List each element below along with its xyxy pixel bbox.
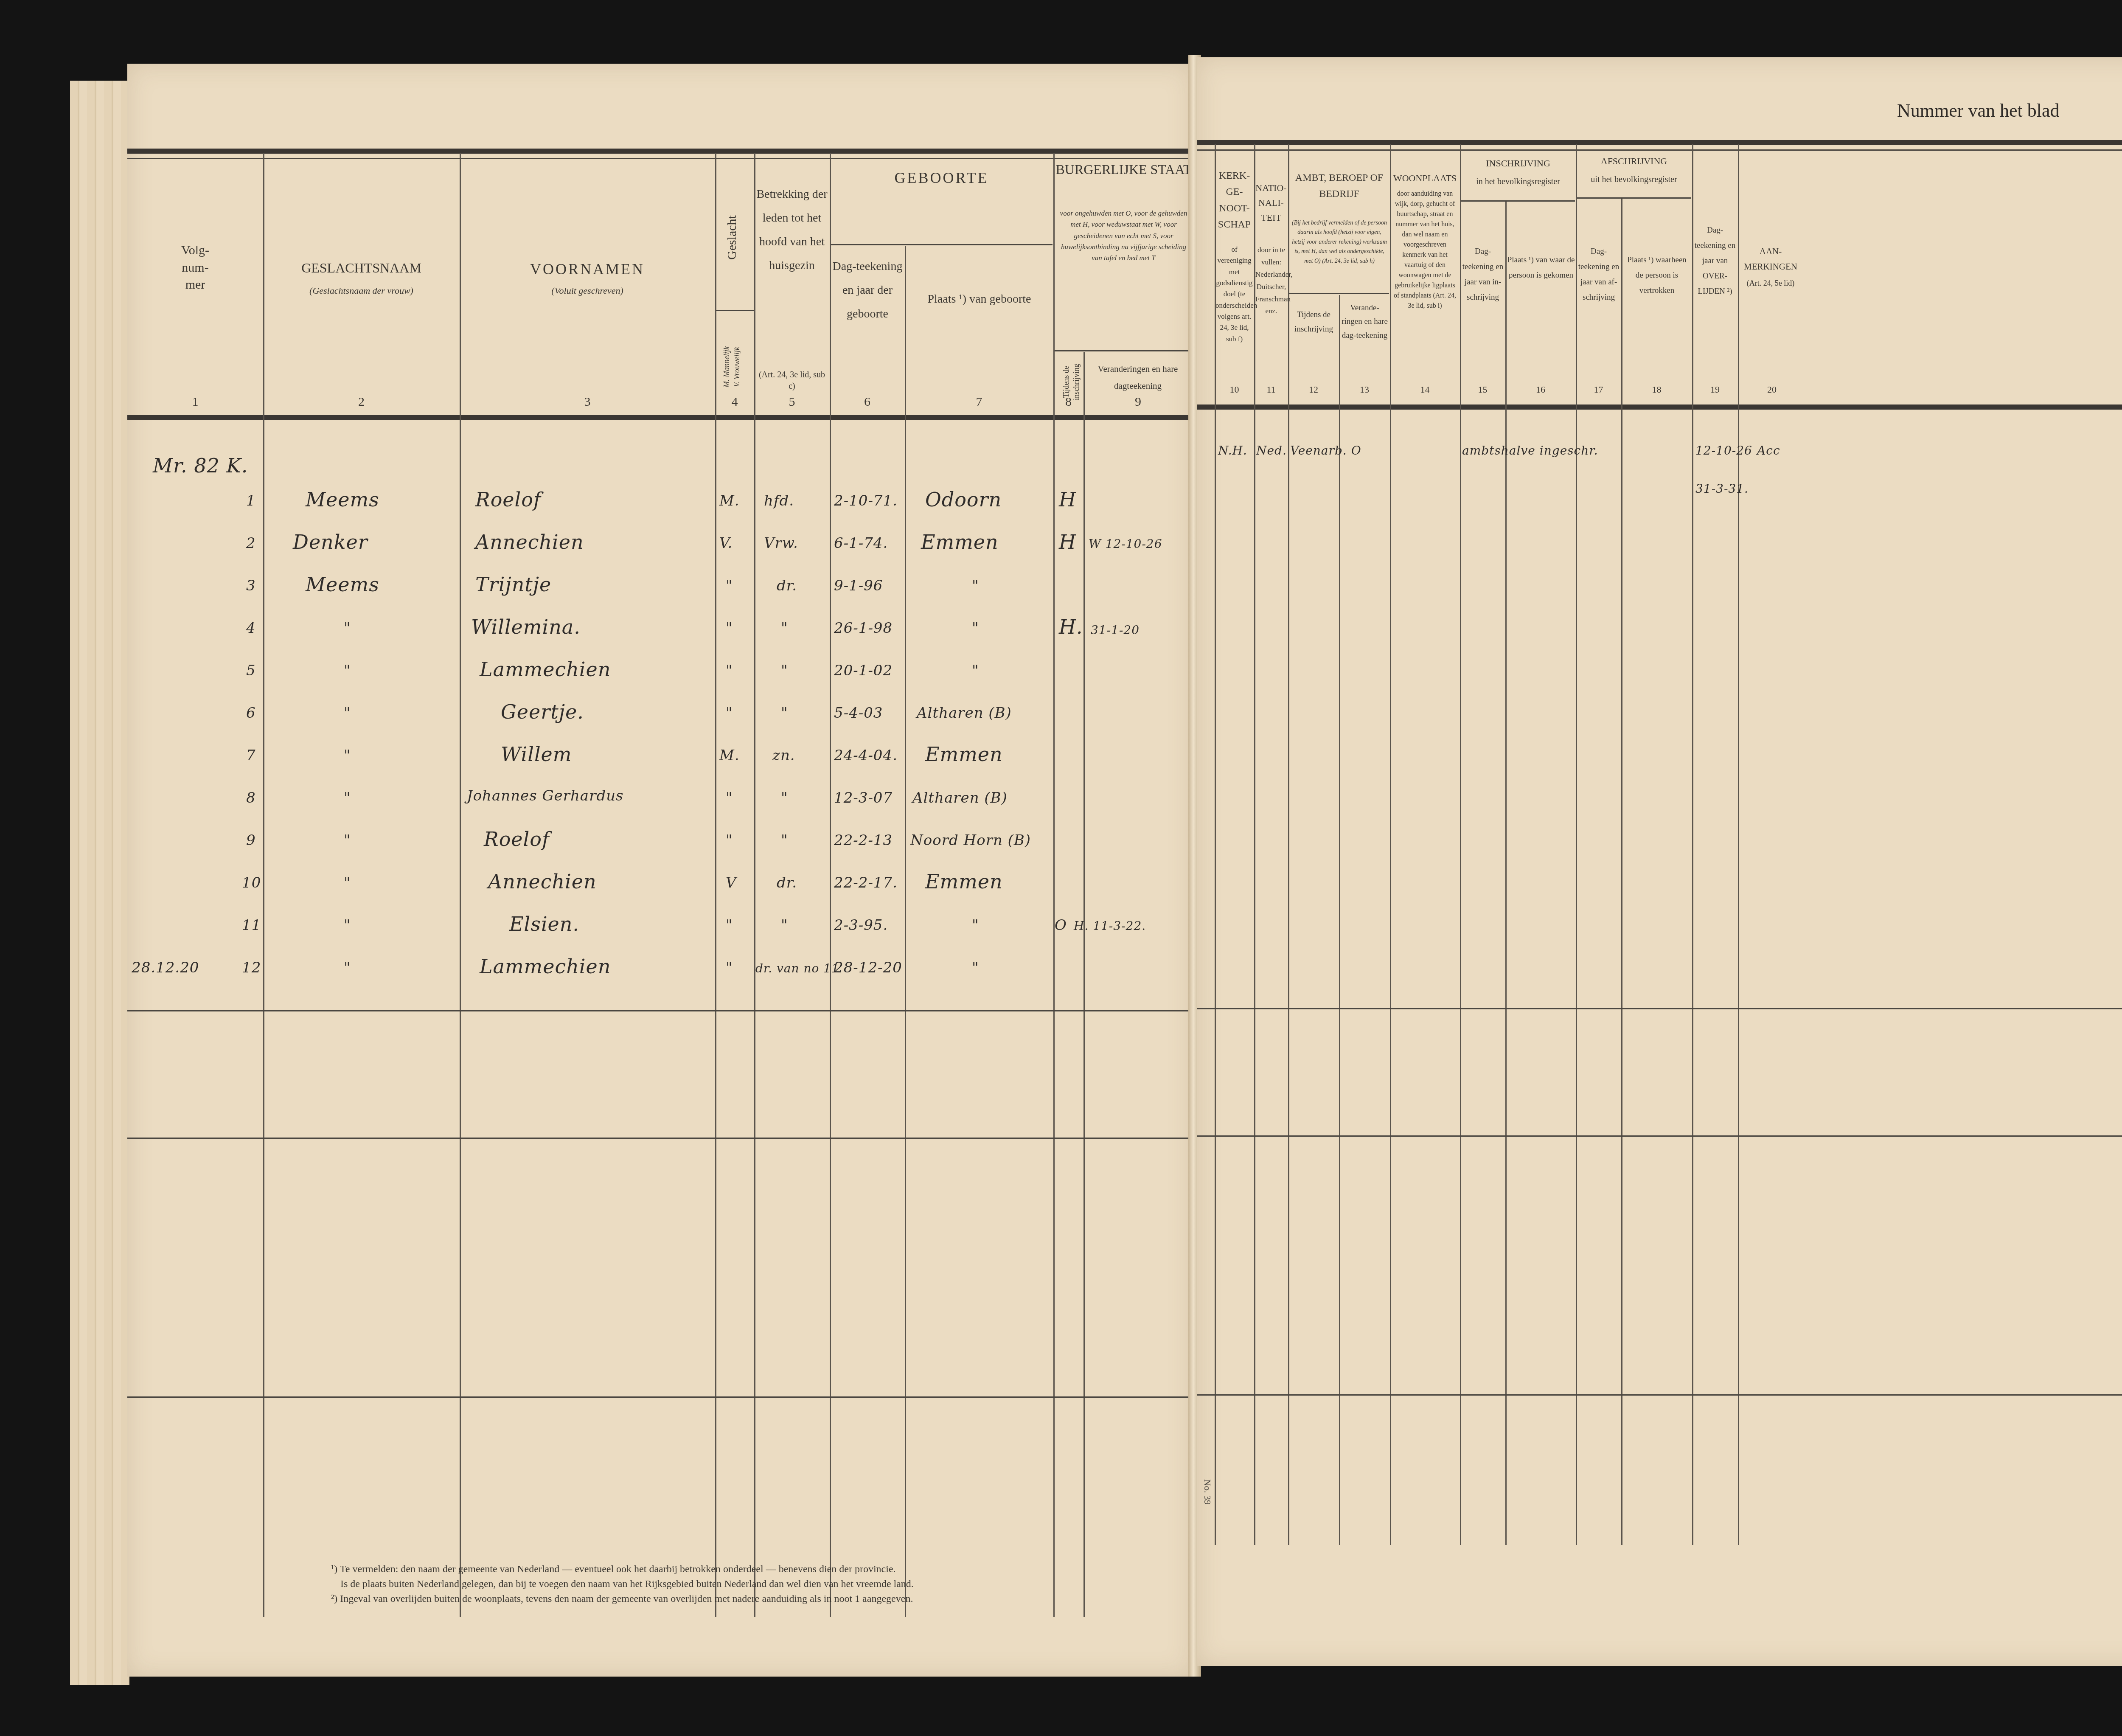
birth-date: 5-4-03	[834, 705, 883, 722]
birth-place: "	[972, 917, 979, 934]
church: N.H.	[1218, 444, 1247, 458]
header-ambt-veranderingen: Verande-ringen en hare dag-teekening	[1340, 301, 1389, 343]
header-ambt-tijdens: Tijdens de inschrijving	[1289, 308, 1338, 337]
col-rule	[1460, 144, 1461, 1545]
header-nationaliteit-sub: door in te vullen: Nederlander, Duitsche…	[1255, 244, 1287, 317]
header-top-rule-thin	[127, 158, 1193, 159]
household-separator	[127, 1396, 1193, 1398]
surname: Meems	[306, 488, 379, 511]
sex: "	[726, 832, 733, 849]
surname: "	[344, 917, 351, 934]
birth-place: Noord Horn (B)	[910, 832, 1031, 849]
surname: "	[344, 620, 351, 637]
col-num: 17	[1576, 384, 1621, 395]
birth-place: "	[972, 577, 979, 594]
household-marker: Mr. 82 K.	[153, 454, 248, 477]
header-geslachtsnaam: GESLACHTSNAAM	[263, 259, 460, 277]
civil-status: H	[1059, 488, 1076, 511]
col-rule	[1576, 144, 1577, 1545]
col-rule	[1215, 144, 1216, 1545]
header-top-rule	[1197, 140, 2122, 145]
given-names: Annechien	[488, 870, 597, 893]
row-number: 1	[246, 492, 256, 509]
relation: dr. van no 11	[755, 961, 839, 975]
relation: dr.	[777, 874, 797, 891]
birth-place: Altharen (B)	[917, 705, 1012, 722]
relation: "	[781, 832, 788, 849]
relation: zn.	[772, 747, 795, 764]
household-separator	[1197, 1394, 2122, 1396]
footnotes: ¹) Te vermelden: den naam der gemeente v…	[331, 1562, 1159, 1606]
header-afsch-datum: Dag-teekening en jaar van af-schrijving	[1577, 244, 1621, 305]
birth-date: 28-12-20	[834, 959, 902, 976]
burg-divider	[1055, 350, 1193, 351]
footnote-1: ¹) Te vermelden: den naam der gemeente v…	[331, 1562, 1159, 1577]
birth-place: "	[972, 620, 979, 637]
relation: Vrw.	[764, 535, 798, 552]
birth-place: "	[972, 662, 979, 679]
col-num: 15	[1460, 384, 1505, 395]
header-burgerlijke-staat-sub: voor ongehuwden met O, voor de gehuwden …	[1057, 208, 1190, 264]
row-number: 8	[246, 789, 256, 806]
surname: "	[344, 747, 351, 764]
col-num: 12	[1288, 384, 1339, 395]
sex: V.	[719, 535, 733, 552]
header-ambt-sub: (Bij het bedrijf vermelden of de persoon…	[1291, 219, 1388, 266]
relation: "	[781, 620, 788, 637]
row-number: 10	[242, 874, 261, 891]
header-geboorte: GEBOORTE	[830, 168, 1053, 188]
header-burgerlijke-staat: BURGERLIJKE STAAT	[1055, 161, 1193, 177]
right-page: Nummer van het blad KERK-GE-NOOT-SCHAP o…	[1197, 57, 2122, 1666]
header-bottom-rule	[127, 415, 1193, 420]
header-afschrijving: AFSCHRIJVING	[1577, 155, 1691, 168]
given-names: Johannes Gerhardus	[467, 787, 624, 804]
header-afschrijving-sub: uit het bevolkingsregister	[1577, 174, 1691, 185]
col-num: 4	[715, 395, 754, 409]
row-marker-date: 28.12.20	[132, 959, 199, 976]
sex: "	[726, 917, 733, 934]
col-num: 13	[1339, 384, 1390, 395]
birth-date: 22-2-13	[834, 832, 893, 849]
col-num: 5	[754, 395, 830, 409]
col-rule	[905, 246, 906, 1617]
col-num: 1	[127, 395, 263, 409]
birth-place: Emmen	[925, 870, 1003, 893]
registration-date: ambtshalve ingeschr.	[1462, 444, 1598, 458]
given-names: Annechien	[475, 531, 584, 553]
given-names: Elsien.	[509, 913, 579, 935]
geslacht-divider	[716, 310, 754, 311]
sheet-number-label: Nummer van het blad	[1897, 100, 2059, 121]
col-num: 3	[460, 395, 715, 409]
header-aanmerkingen-sub: (Art. 24, 5e lid)	[1739, 278, 1802, 288]
header-insch-datum: Dag-teekening en jaar van in-schrijving	[1461, 244, 1505, 305]
surname: "	[344, 832, 351, 849]
footnote-2: ²) Ingeval van overlijden buiten de woon…	[331, 1592, 1159, 1607]
surname: "	[344, 959, 351, 976]
sex: "	[726, 577, 733, 594]
header-overlijden: Dag-teekening en jaar van OVER-LIJDEN ²)	[1693, 223, 1737, 299]
given-names: Lammechien	[480, 658, 611, 681]
birth-place: Altharen (B)	[912, 789, 1008, 806]
occupation: Veenarb. O	[1290, 444, 1361, 458]
col-rule	[1083, 352, 1085, 1617]
col-num: 6	[830, 395, 905, 409]
insch-divider	[1461, 200, 1575, 202]
col-rule	[1621, 197, 1622, 1545]
header-ambt: AMBT, BEROEP OF BEDRIJF	[1289, 170, 1389, 202]
birth-date: 26-1-98	[834, 620, 893, 637]
col-rule	[1505, 202, 1507, 1545]
nationality: Ned.	[1256, 444, 1287, 458]
header-volgnummer: Volg- num- mer	[127, 242, 263, 294]
col-rule	[1339, 295, 1340, 1545]
birth-date: 22-2-17.	[834, 874, 898, 891]
header-top-rule-thin	[1197, 149, 2122, 151]
header-insch-plaats: Plaats ¹) van waar de persoon is gekomen	[1507, 253, 1575, 283]
civil-status: O	[1055, 917, 1067, 934]
birth-place: Emmen	[921, 531, 999, 553]
birth-place: "	[972, 959, 979, 976]
col-rule	[1288, 144, 1289, 1545]
header-top-rule	[127, 149, 1193, 154]
header-geboorte-plaats: Plaats ¹) van geboorte	[906, 289, 1053, 310]
row-number: 6	[246, 705, 256, 722]
row-number: 2	[246, 535, 256, 552]
header-nationaliteit: NATIO-NALI-TEIT	[1255, 180, 1287, 225]
header-woonplaats-sub: door aanduiding van wijk, dorp, gehucht …	[1392, 189, 1458, 311]
sex: M.	[719, 747, 740, 764]
row-number: 12	[242, 959, 261, 976]
birth-date: 20-1-02	[834, 662, 893, 679]
relation: "	[781, 705, 788, 722]
civil-status-change: W 12-10-26	[1089, 537, 1162, 551]
household-separator	[1197, 1008, 2122, 1009]
col-num: 11	[1254, 384, 1288, 395]
header-woonplaats: WOONPLAATS	[1391, 172, 1459, 185]
birth-date: 2-10-71.	[834, 492, 898, 509]
relation: hfd.	[764, 492, 794, 509]
birth-date: 6-1-74.	[834, 535, 888, 552]
civil-status-change: 31-1-20	[1091, 623, 1140, 637]
col-num: 10	[1215, 384, 1254, 395]
surname: Denker	[293, 531, 368, 553]
birth-date: 12-3-07	[834, 789, 893, 806]
header-afsch-plaats: Plaats ¹) waarheen de persoon is vertrok…	[1622, 253, 1691, 298]
col-rule	[1738, 144, 1739, 1545]
col-num: 2	[263, 395, 460, 409]
left-page: Volg- num- mer GESLACHTSNAAM (Geslachtsn…	[127, 64, 1193, 1677]
sex: M.	[719, 492, 740, 509]
surname: "	[344, 789, 351, 806]
given-names: Willem	[501, 743, 572, 766]
header-aanmerkingen: AAN-MERKINGEN	[1739, 244, 1802, 274]
sex: "	[726, 620, 733, 637]
remark: Acc	[1757, 444, 1780, 458]
col-num: 16	[1505, 384, 1576, 395]
household-separator	[1197, 1135, 2122, 1137]
header-inschrijving-sub: in het bevolkingsregister	[1461, 176, 1575, 188]
col-rule	[1692, 144, 1693, 1545]
sex: V	[726, 874, 737, 891]
sex: "	[726, 662, 733, 679]
header-betrekking: Betrekking der leden tot het hoofd van h…	[755, 183, 828, 278]
death-date: 12-10-26	[1695, 444, 1752, 458]
geboorte-divider	[831, 244, 1053, 245]
afsch-divider	[1577, 197, 1691, 199]
header-bs-veranderingen: Veranderingen en hare dagteekening	[1085, 361, 1191, 395]
civil-status: H	[1059, 531, 1076, 553]
birth-date: 9-1-96	[834, 577, 883, 594]
row-number: 5	[246, 662, 256, 679]
surname: "	[344, 662, 351, 679]
household-separator	[127, 1010, 1193, 1011]
col-num: 9	[1083, 395, 1193, 409]
col-num: 20	[1738, 384, 1806, 395]
death-date: 31-3-31.	[1695, 482, 1749, 496]
sex: "	[726, 789, 733, 806]
birth-place: Emmen	[925, 743, 1003, 766]
relation: dr.	[777, 577, 797, 594]
birth-place: Odoorn	[925, 488, 1002, 511]
col-rule	[1254, 144, 1255, 1545]
household-separator	[127, 1138, 1193, 1139]
birth-date: 24-4-04.	[834, 747, 898, 764]
given-names: Roelof	[484, 828, 550, 851]
form-number: No. 39	[1202, 1479, 1213, 1505]
birth-date: 2-3-95.	[834, 917, 888, 934]
relation: "	[781, 917, 788, 934]
row-number: 3	[246, 577, 256, 594]
row-number: 9	[246, 832, 256, 849]
header-kerkgenootschap-sub: of vereeniging met godsdienstig doel (te…	[1215, 244, 1253, 345]
header-voornamen: VOORNAMEN	[460, 259, 715, 280]
header-betrekking-sub: (Art. 24, 3e lid, sub c)	[755, 369, 828, 392]
civil-status-change: H. 11-3-22.	[1074, 919, 1146, 933]
footnote-1-cont: Is de plaats buiten Nederland gelegen, d…	[331, 1577, 1159, 1592]
header-kerkgenootschap: KERK-GE-NOOT-SCHAP	[1215, 168, 1254, 233]
row-number: 4	[246, 620, 256, 637]
col-num: 14	[1390, 384, 1460, 395]
sex: "	[726, 959, 733, 976]
row-number: 11	[242, 917, 261, 934]
given-names: Geertje.	[501, 700, 584, 723]
given-names: Lammechien	[480, 955, 611, 978]
header-geslachtsnaam-sub: (Geslachtsnaam der vrouw)	[263, 284, 460, 297]
relation: "	[781, 662, 788, 679]
col-num: 7	[905, 395, 1053, 409]
row-number: 7	[246, 747, 256, 764]
header-geboorte-datum: Dag-teekening en jaar der geboorte	[831, 255, 904, 326]
col-rule	[1390, 144, 1391, 1545]
col-num: 8	[1053, 395, 1083, 409]
col-num: 19	[1692, 384, 1738, 395]
relation: "	[781, 789, 788, 806]
col-num: 18	[1621, 384, 1692, 395]
civil-status: H.	[1059, 615, 1083, 638]
sex: "	[726, 705, 733, 722]
surname: Meems	[306, 573, 379, 596]
given-names: Willemina.	[471, 615, 581, 638]
surname: "	[344, 874, 351, 891]
header-inschrijving: INSCHRIJVING	[1461, 157, 1575, 170]
given-names: Trijntje	[475, 573, 551, 596]
left-page-edges	[70, 81, 129, 1685]
header-geslacht: Geslacht	[724, 178, 741, 297]
header-voornamen-sub: (Voluit geschreven)	[460, 284, 715, 297]
ambt-divider	[1289, 293, 1389, 294]
surname: "	[344, 705, 351, 722]
header-bottom-rule	[1197, 405, 2122, 410]
given-names: Roelof	[475, 488, 541, 511]
